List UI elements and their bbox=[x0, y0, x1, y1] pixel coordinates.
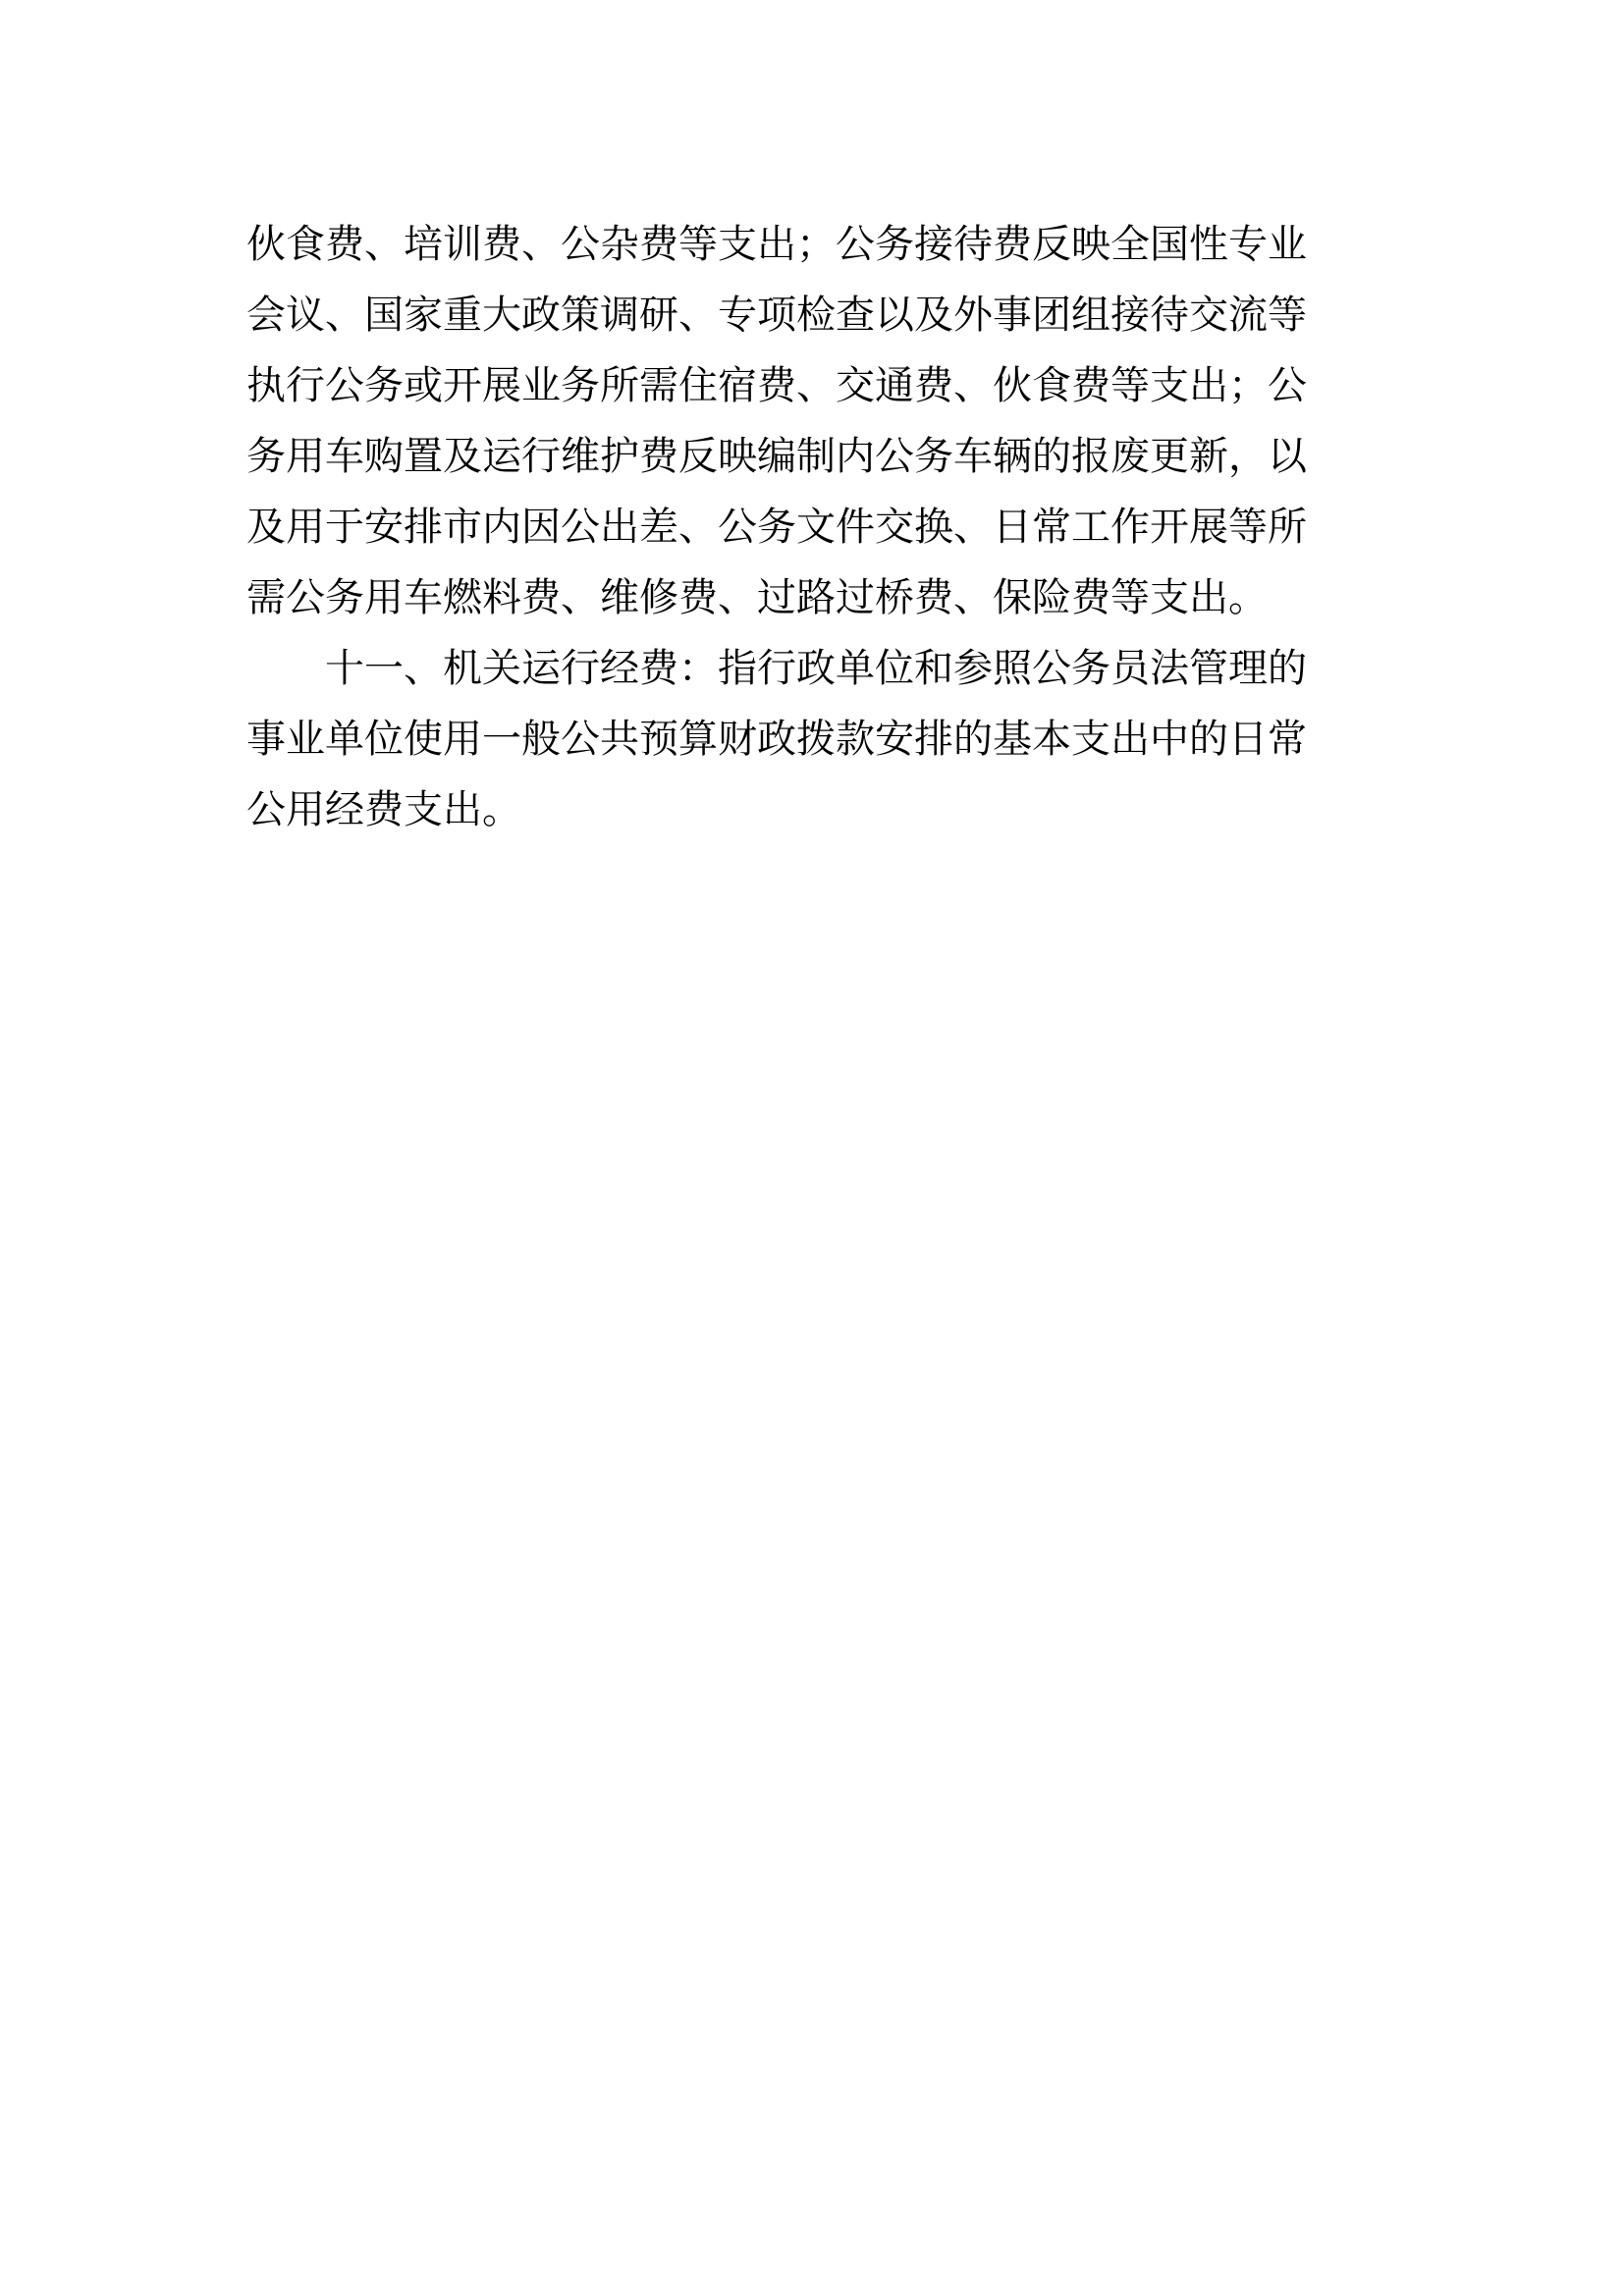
text-line: 事业单位使用一般公共预算财政拨款安排的基本支出中的日常 bbox=[246, 704, 1385, 774]
text-line: 及用于安排市内因公出差、公务文件交换、日常工作开展等所 bbox=[246, 492, 1385, 562]
body-text: 伙食费、培训费、公杂费等支出；公务接待费反映全国性专业 会议、国家重大政策调研、… bbox=[246, 209, 1385, 845]
text-line: 伙食费、培训费、公杂费等支出；公务接待费反映全国性专业 bbox=[246, 209, 1385, 280]
document-page: 伙食费、培训费、公杂费等支出；公务接待费反映全国性专业 会议、国家重大政策调研、… bbox=[0, 0, 1624, 2296]
text-line: 务用车购置及运行维护费反映编制内公务车辆的报废更新，以 bbox=[246, 421, 1385, 492]
text-line: 需公务用车燃料费、维修费、过路过桥费、保险费等支出。 bbox=[246, 562, 1385, 633]
section-heading-line: 十一、机关运行经费：指行政单位和参照公务员法管理的 bbox=[246, 633, 1385, 704]
text-line: 公用经费支出。 bbox=[246, 774, 1385, 845]
paragraph-section-11: 十一、机关运行经费：指行政单位和参照公务员法管理的 事业单位使用一般公共预算财政… bbox=[246, 633, 1385, 845]
text-line: 执行公务或开展业务所需住宿费、交通费、伙食费等支出；公 bbox=[246, 350, 1385, 421]
paragraph-continued: 伙食费、培训费、公杂费等支出；公务接待费反映全国性专业 会议、国家重大政策调研、… bbox=[246, 209, 1385, 633]
text-line: 会议、国家重大政策调研、专项检查以及外事团组接待交流等 bbox=[246, 280, 1385, 350]
